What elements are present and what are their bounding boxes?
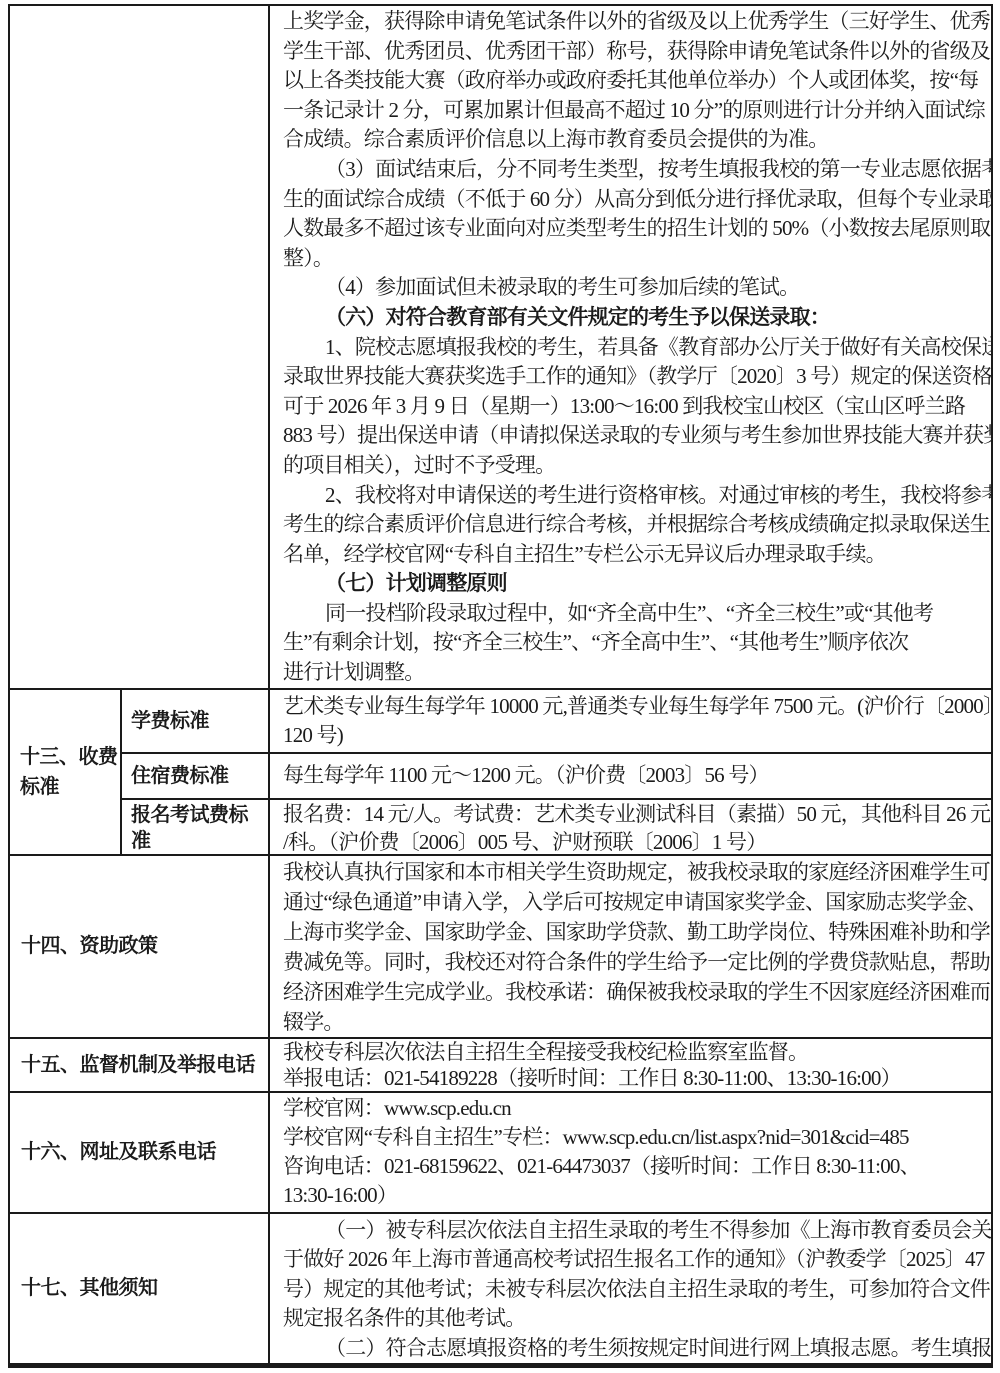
- text-line: 883 号）提出保送申请（申请拟保送录取的专业须与考生参加世界技能大赛并获奖: [283, 421, 987, 451]
- row-supervision-content: 我校专科层次依法自主招生全程接受我校纪检监察室监督。举报电话：021-54189…: [270, 1039, 991, 1091]
- text-line: 学生干部、优秀团员、优秀团干部）称号，获得除申请免笔试条件以外的省级及: [283, 37, 987, 67]
- text-line: 于做好 2026 年上海市普通高校考试招生报名工作的通知》（沪教委学〔2025〕…: [283, 1245, 987, 1274]
- text-line: 我校专科层次依法自主招生全程接受我校纪检监察室监督。: [283, 1039, 987, 1065]
- subrow-accommodation: 住宿费标准 每生每学年 1100 元～1200 元。（沪价费〔2003〕56 号…: [122, 752, 991, 798]
- text-line: 生的面试综合成绩（不低于 60 分）从高分到低分进行择优录取，但每个专业录取: [283, 185, 987, 215]
- row-intro-label-cell: [10, 6, 270, 688]
- text-line: 费减免等。同时，我校还对符合条件的学生给予一定比例的学费贷款贴息，帮助: [283, 947, 987, 977]
- subrow-accommodation-content: 每生每学年 1100 元～1200 元。（沪价费〔2003〕56 号）: [270, 754, 991, 798]
- text-line: 学校官网：www.scp.edu.cn: [283, 1094, 987, 1123]
- row-intro-content: 上奖学金，获得除申请免笔试条件以外的省级及以上优秀学生（三好学生、优秀学生干部、…: [270, 6, 991, 688]
- text-line: 可于 2026 年 3 月 9 日（星期一）13:00～16:00 到我校宝山校…: [283, 392, 987, 422]
- row-fees-subtable: 学费标准 艺术类专业每生每学年 10000 元,普通类专业每生每学年 7500 …: [122, 690, 991, 854]
- text-line: （七）计划调整原则: [283, 569, 987, 599]
- row-aid: 十四、资助政策 我校认真执行国家和本市相关学生资助规定，被我校录取的家庭经济困难…: [10, 854, 991, 1037]
- text-line: 考生的综合素质评价信息进行综合考核，并根据综合考核成绩确定拟录取保送生: [283, 510, 987, 540]
- row-supervision-label: 十五、监督机制及举报电话: [10, 1039, 270, 1091]
- row-contact-label: 十六、网址及联系电话: [10, 1093, 270, 1212]
- text-line: 报名费：14 元/人。考试费：艺术类专业测试科目（素描）50 元，其他科目 26…: [283, 800, 987, 828]
- row-fees-label: 十三、收费标准: [10, 690, 122, 854]
- text-line: 合成绩。综合素质评价信息以上海市教育委员会提供的为准。: [283, 125, 987, 155]
- text-line: 13:30-16:00）: [283, 1181, 987, 1210]
- row-intro: 上奖学金，获得除申请免笔试条件以外的省级及以上优秀学生（三好学生、优秀学生干部、…: [10, 6, 991, 688]
- text-line: 上海市奖学金、国家助学金、国家助学贷款、勤工助学岗位、特殊困难补助和学: [283, 917, 987, 947]
- text-line: （4）参加面试但未被录取的考生可参加后续的笔试。: [283, 273, 987, 303]
- text-line: 同一投档阶段录取过程中，如“齐全高中生”、“齐全三校生”或“其他考: [283, 599, 987, 629]
- text-line: 整）。: [283, 244, 987, 274]
- text-line: 通过“绿色通道”申请入学，入学后可按规定申请国家奖学金、国家励志奖学金、: [283, 887, 987, 917]
- row-other: 十七、其他须知 （一）被专科层次依法自主招生录取的考生不得参加《上海市教育委员会…: [10, 1212, 991, 1363]
- text-line: 规定报名条件的其他考试。: [283, 1304, 987, 1333]
- text-line: 一条记录计 2 分，可累加累计但最高不超过 10 分”的原则进行计分并纳入面试综: [283, 96, 987, 126]
- text-line: （六）对符合教育部有关文件规定的考生予以保送录取：: [283, 303, 987, 333]
- subrow-exam-fee: 报名考试费标准 报名费：14 元/人。考试费：艺术类专业测试科目（素描）50 元…: [122, 798, 991, 856]
- text-line: 120 号): [283, 721, 987, 750]
- subrow-exam-fee-content: 报名费：14 元/人。考试费：艺术类专业测试科目（素描）50 元，其他科目 26…: [270, 800, 991, 856]
- subrow-exam-fee-label: 报名考试费标准: [122, 800, 270, 856]
- page: { "rows": { "intro": { "lines": [ {"t":"…: [0, 0, 1000, 1373]
- text-line: 上奖学金，获得除申请免笔试条件以外的省级及以上优秀学生（三好学生、优秀: [283, 7, 987, 37]
- row-contact: 十六、网址及联系电话 学校官网：www.scp.edu.cn学校官网“专科自主招…: [10, 1091, 991, 1212]
- row-other-label: 十七、其他须知: [10, 1214, 270, 1363]
- text-line: 生”有剩余计划，按“齐全三校生”、“齐全高中生”、“其他考生”顺序依次: [283, 628, 987, 658]
- text-line: 咨询电话：021-68159622、021-64473037（接听时间：工作日 …: [283, 1152, 987, 1181]
- row-fees: 十三、收费标准 学费标准 艺术类专业每生每学年 10000 元,普通类专业每生每…: [10, 688, 991, 854]
- text-line: 名单，经学校官网“专科自主招生”专栏公示无异议后办理录取手续。: [283, 540, 987, 570]
- text-line: 我校认真执行国家和本市相关学生资助规定，被我校录取的家庭经济困难学生可: [283, 857, 987, 887]
- text-line: （一）被专科层次依法自主招生录取的考生不得参加《上海市教育委员会关: [283, 1216, 987, 1245]
- row-supervision: 十五、监督机制及举报电话 我校专科层次依法自主招生全程接受我校纪检监察室监督。举…: [10, 1037, 991, 1091]
- row-aid-content: 我校认真执行国家和本市相关学生资助规定，被我校录取的家庭经济困难学生可通过“绿色…: [270, 856, 991, 1037]
- text-line: （二）符合志愿填报资格的考生须按规定时间进行网上填报志愿。考生填报: [283, 1334, 987, 1363]
- row-aid-label: 十四、资助政策: [10, 856, 270, 1037]
- text-line: 举报电话：021-54189228（接听时间：工作日 8:30-11:00、13…: [283, 1065, 987, 1091]
- text-line: 学校官网“专科自主招生”专栏：www.scp.edu.cn/list.aspx?…: [283, 1123, 987, 1152]
- subrow-tuition-label: 学费标准: [122, 690, 270, 752]
- text-line: 人数最多不超过该专业面向对应类型考生的招生计划的 50%（小数按去尾原则取: [283, 214, 987, 244]
- text-line: 辍学。: [283, 1007, 987, 1037]
- text-line: 的项目相关），过时不予受理。: [283, 451, 987, 481]
- text-line: 每生每学年 1100 元～1200 元。（沪价费〔2003〕56 号）: [283, 761, 987, 790]
- text-line: 经济困难学生完成学业。我校承诺：确保被我校录取的学生不因家庭经济困难而: [283, 977, 987, 1007]
- text-line: （3）面试结束后，分不同考生类型，按考生填报我校的第一专业志愿依据考: [283, 155, 987, 185]
- text-line: 1、院校志愿填报我校的考生，若具备《教育部办公厅关于做好有关高校保送: [283, 333, 987, 363]
- row-contact-content: 学校官网：www.scp.edu.cn学校官网“专科自主招生”专栏：www.sc…: [270, 1093, 991, 1212]
- row-other-content: （一）被专科层次依法自主招生录取的考生不得参加《上海市教育委员会关于做好 202…: [270, 1214, 991, 1363]
- text-line: 录取世界技能大赛获奖选手工作的通知》（教学厅〔2020〕3 号）规定的保送资格，: [283, 362, 987, 392]
- subrow-tuition: 学费标准 艺术类专业每生每学年 10000 元,普通类专业每生每学年 7500 …: [122, 690, 991, 752]
- subrow-tuition-content: 艺术类专业每生每学年 10000 元,普通类专业每生每学年 7500 元。(沪价…: [270, 690, 991, 752]
- text-line: 艺术类专业每生每学年 10000 元,普通类专业每生每学年 7500 元。(沪价…: [283, 692, 987, 721]
- text-line: 号）规定的其他考试；未被专科层次依法自主招生录取的考生，可参加符合文件: [283, 1275, 987, 1304]
- admissions-table: 上奖学金，获得除申请免笔试条件以外的省级及以上优秀学生（三好学生、优秀学生干部、…: [8, 4, 993, 1368]
- text-line: /科。（沪价费〔2006〕005 号、沪财预联〔2006〕1 号）: [283, 828, 987, 856]
- text-line: 以上各类技能大赛（政府举办或政府委托其他单位举办）个人或团体奖，按“每: [283, 66, 987, 96]
- text-line: 2、我校将对申请保送的考生进行资格审核。对通过审核的考生，我校将参考: [283, 481, 987, 511]
- text-line: 进行计划调整。: [283, 658, 987, 688]
- subrow-accommodation-label: 住宿费标准: [122, 754, 270, 798]
